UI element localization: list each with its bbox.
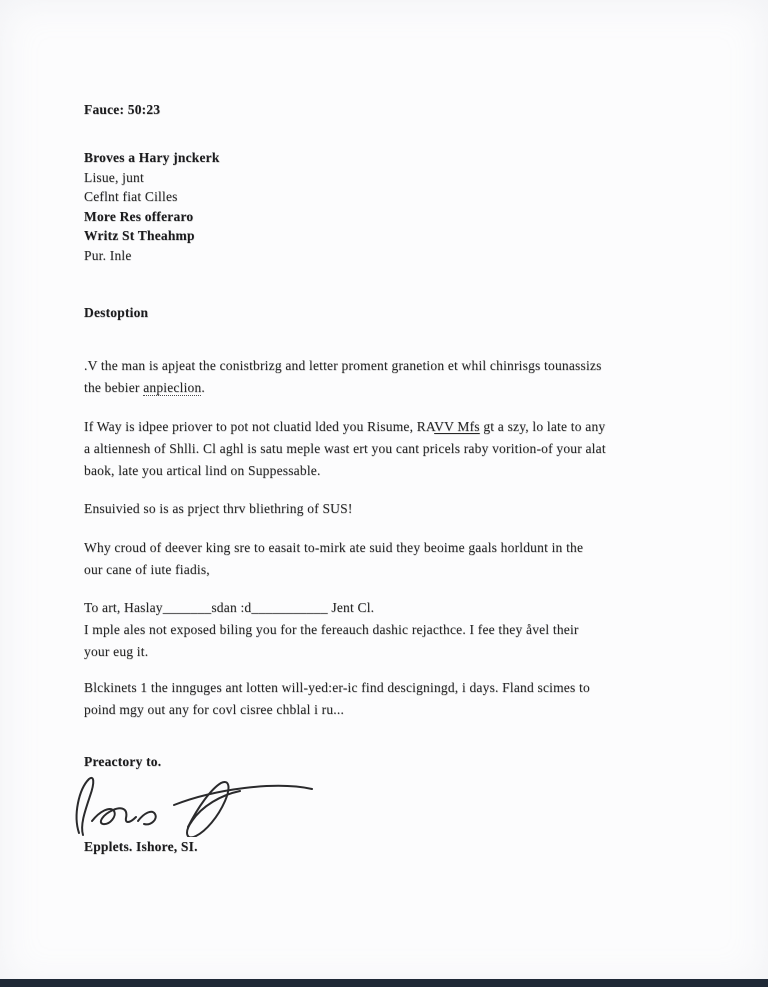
closing-block: Preactory to. Epplets. Ishore, SI. (84, 751, 698, 857)
recipient-line: Lisue, junt (84, 168, 698, 188)
body-paragraph-1: .V the man is apjeat the conistbrizg and… (84, 355, 698, 399)
paragraph-line: poind mgy out any for covl cisree chblal… (84, 699, 698, 721)
recipient-line: More Res offeraro (84, 207, 698, 227)
recipient-name: Broves a Hary jnckerk (84, 148, 698, 168)
paragraph-line: .V the man is apjeat the conistbrizg and… (84, 355, 698, 377)
paragraph-line: Ensuivied so is as prject thrv bliethrin… (84, 498, 698, 520)
paragraph-line: a altiennesh of Shlli. Cl aghl is satu m… (84, 438, 698, 460)
paragraph-line: baok, late you artical lind on Suppessab… (84, 460, 698, 482)
fax-reference: Fauce: 50:23 (84, 100, 698, 120)
recipient-line: Writz St Theahmp (84, 226, 698, 246)
dotted-underlined-word: anpieclion (143, 380, 201, 396)
paragraph-line: I mple ales not exposed biling you for t… (84, 619, 698, 641)
body-paragraph-3: Ensuivied so is as prject thrv bliethrin… (84, 498, 698, 520)
fill-in-blanks-line: To art, Haslay_______sdan :d___________ … (84, 597, 698, 619)
body-paragraph-6: Blckinets 1 the innguges ant lotten will… (84, 677, 698, 721)
recipient-block: Broves a Hary jnckerk Lisue, junt Ceflnt… (84, 148, 698, 265)
letter-content: Fauce: 50:23 Broves a Hary jnckerk Lisue… (0, 0, 768, 857)
scanned-letter-page: Fauce: 50:23 Broves a Hary jnckerk Lisue… (0, 0, 768, 987)
text-segment: gt a szy, lo late to any (480, 419, 606, 434)
paragraph-line: Blckinets 1 the innguges ant lotten will… (84, 677, 698, 699)
signature-image (70, 775, 698, 837)
text-segment: . (201, 380, 205, 395)
subject-heading: Destoption (84, 303, 698, 323)
sender-name: Epplets. Ishore, SI. (84, 837, 698, 857)
body-paragraph-5: To art, Haslay_______sdan :d___________ … (84, 597, 698, 663)
recipient-line: Ceflnt fiat Cilles (84, 187, 698, 207)
signature-scribble-icon (70, 775, 320, 837)
body-paragraph-2: If Way is idpee priover to pot not cluat… (84, 416, 698, 482)
underlined-text: VV Mfs (434, 419, 480, 434)
text-segment: If Way is idpee priover to pot not cluat… (84, 419, 434, 434)
recipient-line: Pur. Inle (84, 246, 698, 266)
closing-label: Preactory to. (84, 751, 698, 773)
paragraph-line: If Way is idpee priover to pot not cluat… (84, 416, 698, 438)
paragraph-line: the bebier anpieclion. (84, 377, 698, 399)
paragraph-line: Why croud of deever king sre to easait t… (84, 537, 698, 559)
paragraph-line: your eug it. (84, 641, 698, 663)
paragraph-line: our cane of iute fiadis, (84, 559, 698, 581)
body-paragraph-4: Why croud of deever king sre to easait t… (84, 537, 698, 581)
bottom-scan-bar (0, 979, 768, 987)
text-segment: the bebier (84, 380, 143, 395)
